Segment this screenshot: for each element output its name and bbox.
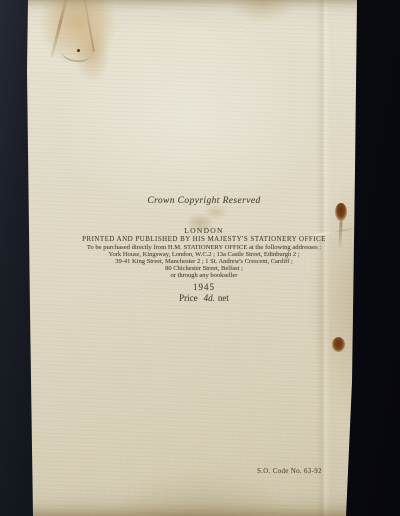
imprint-city: LONDON [4,226,400,235]
price-prefix: Price [179,293,198,303]
document-page: Crown Copyright Reserved LONDON PRINTED … [0,0,400,516]
photo-background: Crown Copyright Reserved LONDON PRINTED … [0,0,400,516]
publication-year: 1945 [4,282,400,292]
imprint-publisher: PRINTED AND PUBLISHED BY HIS MAJESTY'S S… [4,235,400,243]
price-line: Price4d.net [4,293,400,303]
imprint-address-2: 39-41 King Street, Manchester 2 ; 1 St. … [4,258,400,265]
copyright-notice: Crown Copyright Reserved [4,196,400,206]
imprint-bookseller-note: or through any bookseller [4,272,400,279]
imprint-address-1: York House, Kingsway, London, W.C.2 ; 13… [4,251,400,258]
imprint-purchase-note: To be purchased directly from H.M. STATI… [4,244,400,251]
imprint-address-3: 80 Chichester Street, Belfast ; [4,265,400,272]
price-amount: 4d. [204,293,215,303]
price-suffix: net [218,293,229,303]
so-code: S.O. Code No. 63-92 [257,467,322,475]
